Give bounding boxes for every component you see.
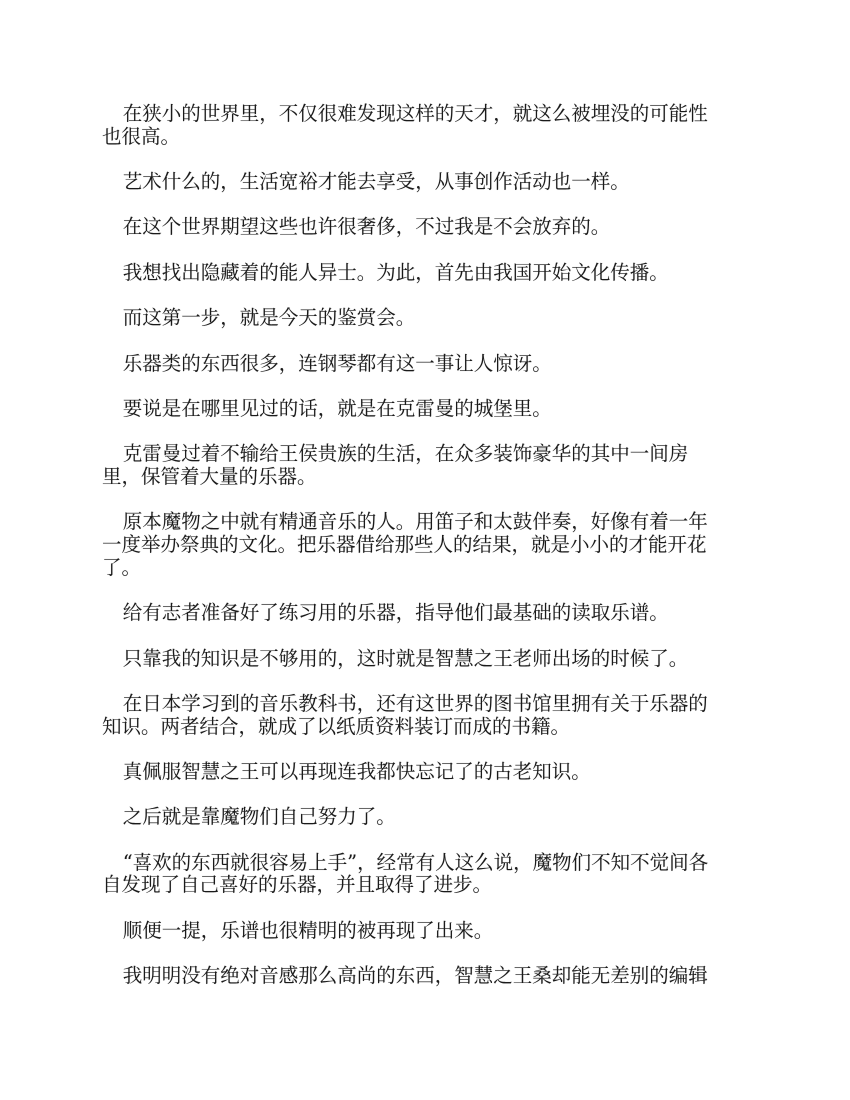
- text-line: “喜欢的东西就很容易上手”，经常有人这么说，魔物们不知不觉间各: [102, 852, 745, 875]
- text-line: 克雷曼过着不输给王侯贵族的生活，在众多装饰豪华的其中一间房: [102, 443, 745, 466]
- paragraph: 之后就是靠魔物们自己努力了。: [102, 806, 745, 829]
- paragraph: “喜欢的东西就很容易上手”，经常有人这么说，魔物们不知不觉间各 自发现了自己喜好…: [102, 852, 745, 897]
- text-line: 我想找出隐藏着的能人异士。为此，首先由我国开始文化传播。: [102, 262, 745, 285]
- paragraph: 克雷曼过着不输给王侯贵族的生活，在众多装饰豪华的其中一间房 里，保管着大量的乐器…: [102, 443, 745, 488]
- paragraph: 在日本学习到的音乐教科书，还有这世界的图书馆里拥有关于乐器的 知识。两者结合，就…: [102, 693, 745, 738]
- text-line: 在日本学习到的音乐教科书，还有这世界的图书馆里拥有关于乐器的: [102, 693, 745, 716]
- text-line: 要说是在哪里见过的话，就是在克雷曼的城堡里。: [102, 398, 745, 421]
- document-page: 在狭小的世界里，不仅很难发现这样的天才，就这么被埋没的可能性 也很高。 艺术什么…: [102, 103, 745, 1011]
- paragraph: 艺术什么的，生活宽裕才能去享受，从事创作活动也一样。: [102, 171, 745, 194]
- text-line: 艺术什么的，生活宽裕才能去享受，从事创作活动也一样。: [102, 171, 745, 194]
- text-line: 乐器类的东西很多，连钢琴都有这一事让人惊讶。: [102, 353, 745, 376]
- paragraph: 真佩服智慧之王可以再现连我都快忘记了的古老知识。: [102, 761, 745, 784]
- paragraph: 而这第一步，就是今天的鉴赏会。: [102, 307, 745, 330]
- text-line: 真佩服智慧之王可以再现连我都快忘记了的古老知识。: [102, 761, 745, 784]
- text-line: 知识。两者结合，就成了以纸质资料装订而成的书籍。: [102, 716, 745, 739]
- paragraph: 只靠我的知识是不够用的，这时就是智慧之王老师出场的时候了。: [102, 648, 745, 671]
- paragraph: 乐器类的东西很多，连钢琴都有这一事让人惊讶。: [102, 353, 745, 376]
- text-line: 也很高。: [102, 126, 745, 149]
- paragraph: 要说是在哪里见过的话，就是在克雷曼的城堡里。: [102, 398, 745, 421]
- paragraph: 我明明没有绝对音感那么高尚的东西，智慧之王桑却能无差别的编辑: [102, 965, 745, 988]
- paragraph: 原本魔物之中就有精通音乐的人。用笛子和太鼓伴奏，好像有着一年 一度举办祭典的文化…: [102, 511, 745, 579]
- text-line: 而这第一步，就是今天的鉴赏会。: [102, 307, 745, 330]
- text-line: 里，保管着大量的乐器。: [102, 466, 745, 489]
- text-line: 在这个世界期望这些也许很奢侈，不过我是不会放弃的。: [102, 216, 745, 239]
- text-line: 了。: [102, 557, 745, 580]
- paragraph: 顺便一提，乐谱也很精明的被再现了出来。: [102, 920, 745, 943]
- text-line: 顺便一提，乐谱也很精明的被再现了出来。: [102, 920, 745, 943]
- text-line: 在狭小的世界里，不仅很难发现这样的天才，就这么被埋没的可能性: [102, 103, 745, 126]
- text-line: 一度举办祭典的文化。把乐器借给那些人的结果，就是小小的才能开花: [102, 534, 745, 557]
- text-line: 自发现了自己喜好的乐器，并且取得了进步。: [102, 874, 745, 897]
- paragraph: 在这个世界期望这些也许很奢侈，不过我是不会放弃的。: [102, 216, 745, 239]
- text-line: 原本魔物之中就有精通音乐的人。用笛子和太鼓伴奏，好像有着一年: [102, 511, 745, 534]
- text-line: 之后就是靠魔物们自己努力了。: [102, 806, 745, 829]
- text-line: 给有志者准备好了练习用的乐器，指导他们最基础的读取乐谱。: [102, 602, 745, 625]
- text-line: 只靠我的知识是不够用的，这时就是智慧之王老师出场的时候了。: [102, 648, 745, 671]
- text-line: 我明明没有绝对音感那么高尚的东西，智慧之王桑却能无差别的编辑: [102, 965, 745, 988]
- paragraph: 在狭小的世界里，不仅很难发现这样的天才，就这么被埋没的可能性 也很高。: [102, 103, 745, 148]
- paragraph: 我想找出隐藏着的能人异士。为此，首先由我国开始文化传播。: [102, 262, 745, 285]
- paragraph: 给有志者准备好了练习用的乐器，指导他们最基础的读取乐谱。: [102, 602, 745, 625]
